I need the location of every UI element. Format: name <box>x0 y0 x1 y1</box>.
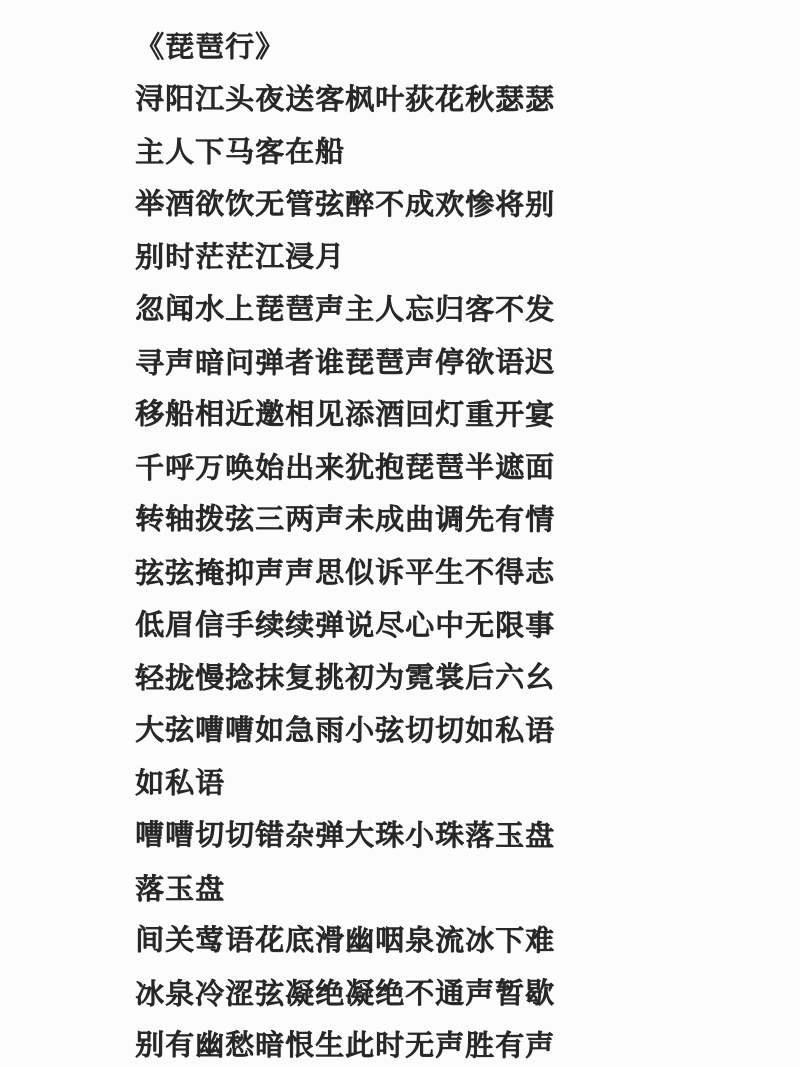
poem-text-block: 《琵琶行》 浔阳江头夜送客枫叶荻花秋瑟瑟 主人下马客在船 举酒欲饮无管弦醉不成欢… <box>135 20 695 1067</box>
poem-line: 浔阳江头夜送客枫叶荻花秋瑟瑟 <box>135 72 695 126</box>
poem-line: 如私语 <box>135 756 695 810</box>
poem-line: 嘈嘈切切错杂弹大珠小珠落玉盘 <box>135 808 695 862</box>
poem-line: 忽闻水上琵琶声主人忘归客不发 <box>135 282 695 336</box>
poem-line: 移船相近邀相见添酒回灯重开宴 <box>135 388 695 442</box>
poem-line: 主人下马客在船 <box>135 124 695 178</box>
poem-line: 举酒欲饮无管弦醉不成欢惨将别 <box>135 177 695 231</box>
poem-line: 大弦嘈嘈如急雨小弦切切如私语 <box>135 703 695 757</box>
handwritten-page: 《琵琶行》 浔阳江头夜送客枫叶荻花秋瑟瑟 主人下马客在船 举酒欲饮无管弦醉不成欢… <box>0 0 800 1067</box>
poem-line: 弦弦掩抑声声思似诉平生不得志 <box>135 545 695 599</box>
poem-line: 间关莺语花底滑幽咽泉流冰下难 <box>135 914 695 968</box>
poem-line: 冰泉冷涩弦凝绝凝绝不通声暂歇 <box>135 966 695 1020</box>
poem-title: 《琵琶行》 <box>135 19 695 73</box>
poem-line: 寻声暗问弹者谁琵琶声停欲语迟 <box>135 335 695 389</box>
poem-line: 千呼万唤始出来犹抱琵琶半遮面 <box>135 440 695 494</box>
poem-line: 低眉信手续续弹说尽心中无限事 <box>135 598 695 652</box>
poem-line: 落玉盘 <box>135 861 695 915</box>
poem-line: 别时茫茫江浸月 <box>135 230 695 284</box>
poem-line: 轻拢慢捻抹复挑初为霓裳后六幺 <box>135 650 695 704</box>
poem-line: 别有幽愁暗恨生此时无声胜有声 <box>135 1019 695 1067</box>
poem-line: 转轴拨弦三两声未成曲调先有情 <box>135 493 695 547</box>
